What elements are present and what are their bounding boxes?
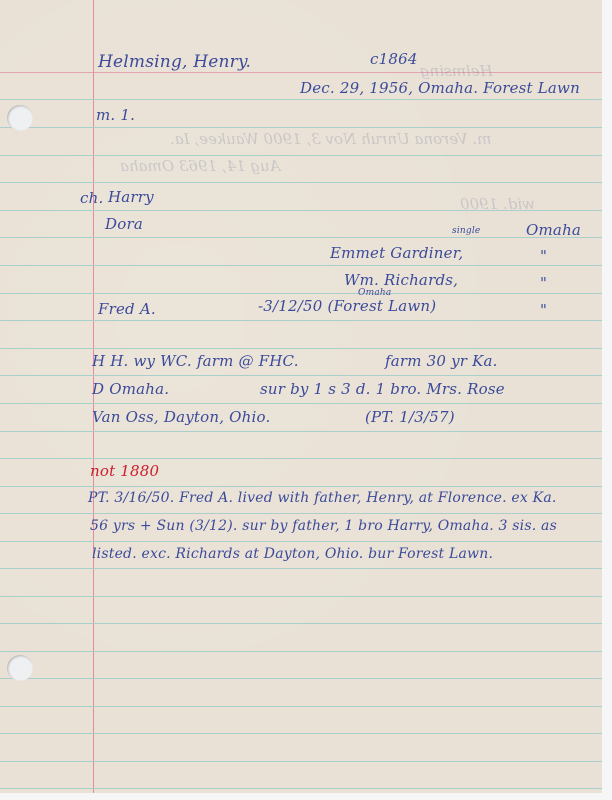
bleed-through-text: wid. 1900 [460, 195, 535, 213]
note-line: H H. wy WC. farm @ FHC. [92, 352, 299, 370]
bleed-through-text: Aug 14, 1963 Omaha [120, 157, 281, 175]
child-place: " [540, 274, 547, 292]
ruled-line [0, 623, 602, 624]
ruled-line [0, 155, 602, 156]
ruled-line [0, 486, 602, 487]
column-label-single: single [452, 226, 480, 236]
ruled-line [0, 375, 602, 376]
ruled-line [0, 541, 602, 542]
ruled-line [0, 458, 602, 459]
ruled-line [0, 513, 602, 514]
ruled-line [0, 293, 602, 294]
column-label-place: Omaha [526, 221, 581, 239]
hole-punch-bottom [7, 655, 33, 681]
scanner-background [602, 0, 612, 800]
ruled-line [0, 596, 602, 597]
ruled-line [0, 568, 602, 569]
child-name: Harry [108, 188, 154, 206]
person-name: Helmsing, Henry. [98, 52, 251, 72]
obituary-line: listed. exc. Richards at Dayton, Ohio. b… [92, 546, 493, 562]
note-line: D Omaha. [92, 380, 169, 398]
ruled-line [0, 237, 602, 238]
child-name: Fred A. [98, 300, 156, 318]
ruled-line [0, 761, 602, 762]
marriage-label: m. 1. [96, 106, 135, 124]
omaha-superscript: Omaha [358, 288, 391, 298]
ruled-line [0, 678, 602, 679]
red-correction-note: not 1880 [90, 462, 159, 480]
obituary-line: 56 yrs + Sun (3/12). sur by father, 1 br… [90, 518, 557, 534]
ruled-line [0, 651, 602, 652]
ruled-line [0, 706, 602, 707]
notebook-page: Helmsing m. Verona Unruh Nov 3, 1900 Wau… [0, 0, 602, 793]
child-spouse: Emmet Gardiner, [330, 244, 463, 262]
ruled-line [0, 99, 602, 100]
obituary-line: PT. 3/16/50. Fred A. lived with father, … [88, 490, 557, 506]
note-line: Van Oss, Dayton, Ohio. [92, 408, 270, 426]
ruled-line [0, 788, 602, 789]
child-name: Dora [105, 215, 143, 233]
child-place: " [540, 301, 547, 319]
child-death: -3/12/50 (Forest Lawn) [258, 297, 436, 315]
child-place: " [540, 247, 547, 265]
note-line: farm 30 yr Ka. [385, 352, 498, 370]
ruled-line [0, 127, 602, 128]
child-spouse: Wm. Richards, [344, 271, 458, 289]
ruled-line [0, 265, 602, 266]
header-rule [0, 72, 602, 73]
bleed-through-text: Helmsing [420, 62, 493, 80]
death-info: Dec. 29, 1956, Omaha. Forest Lawn [300, 79, 580, 97]
note-line: (PT. 1/3/57) [365, 408, 455, 426]
birth-year: c1864 [370, 50, 418, 68]
note-line: sur by 1 s 3 d. 1 bro. Mrs. Rose [260, 380, 505, 398]
ruled-line [0, 320, 602, 321]
children-label: ch. [80, 189, 103, 207]
bleed-through-text: m. Verona Unruh Nov 3, 1900 Waukee, Ia. [170, 130, 491, 148]
hole-punch-top [7, 105, 33, 131]
ruled-line [0, 733, 602, 734]
scanner-background [0, 793, 612, 800]
ruled-line [0, 403, 602, 404]
ruled-line [0, 348, 602, 349]
ruled-line [0, 182, 602, 183]
ruled-line [0, 431, 602, 432]
